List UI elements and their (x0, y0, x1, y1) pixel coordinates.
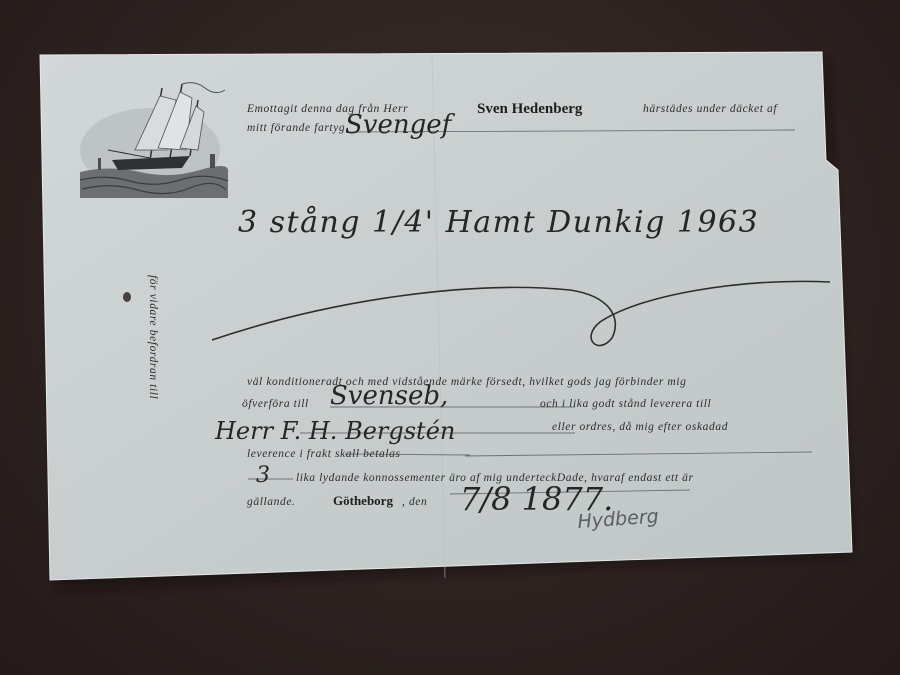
printed-under-deck: härstädes under däcket af (643, 103, 778, 115)
printed-freight: leverence i frakt skall betalas (247, 448, 401, 460)
printed-deliver-to: och i lika godt stånd leverera till (540, 397, 711, 410)
pencil-signature: Hydberg (577, 505, 660, 533)
handwritten-copies: 3 (256, 463, 270, 488)
handwritten-ship-name: Svengef (345, 110, 456, 140)
printed-my-vessel: mitt förande fartyg (247, 122, 345, 134)
printed-place: Götheborg (333, 493, 393, 508)
sender-name: Sven Hedenberg (477, 101, 583, 117)
printed-date-prefix: , den (402, 496, 427, 508)
printed-transfer-to: öfverföra till (242, 398, 309, 410)
handwritten-recipient: Herr F. H. Bergstén (214, 417, 455, 445)
printed-margin-note: för vidare befordran till (147, 275, 159, 399)
printed-or-orders: eller ordres, då mig efter oskadad (552, 420, 728, 433)
printed-body-line1: väl konditioneradt och med vidstående mä… (247, 375, 686, 388)
document-photo: Emottagit denna dag från Herr Sven Heden… (0, 0, 900, 675)
handwritten-cargo: 3 stång 1/4' Hamt Dunkig 1963 (238, 205, 759, 240)
handwritten-destination: Svenseb, (330, 381, 448, 411)
printed-valid: gällande. (247, 496, 296, 508)
